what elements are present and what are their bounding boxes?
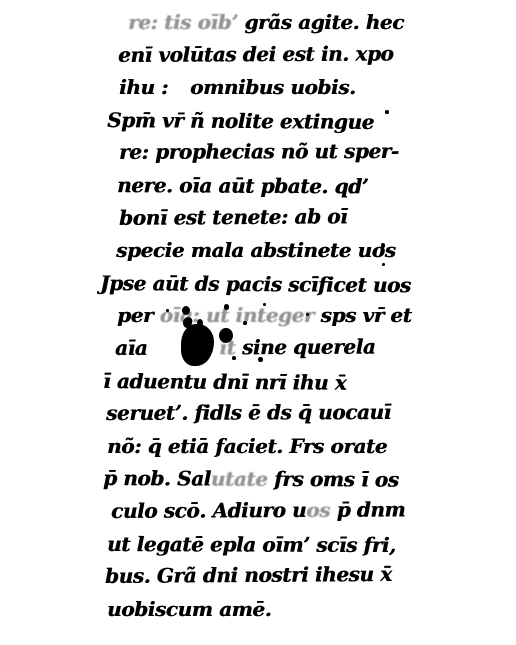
- manuscript-page: re: tis oībʼ grãs agite. hecenī volūtas …: [0, 0, 516, 645]
- text-segment: nõ: q̄ etiā faciet. Frs orate: [107, 434, 387, 458]
- text-segment: culo scō. Adiuro u: [111, 498, 306, 523]
- text-segment: ihu :: [119, 75, 168, 99]
- text-line: culo scō. Adiuro uos p̄ dnm: [100, 493, 430, 527]
- text-segment: Jpse aūt ds pacis scīficet uos: [100, 271, 411, 297]
- ink-speck: [166, 309, 169, 312]
- text-line: Spm̄ vr̄ ñ nolite extingue: [100, 104, 430, 139]
- text-segment: frs oms ī os: [274, 467, 399, 492]
- text-segment: re: tis oībʼ: [128, 10, 244, 34]
- text-segment: os: [306, 498, 337, 522]
- text-segment: specie mala abstinete uos: [116, 238, 395, 262]
- text-line: ut legatē epla oīmʼ scīs fri,: [100, 528, 430, 562]
- text-line: re: prophecias nõ ut sper-: [100, 135, 430, 169]
- ink-speck: [383, 152, 386, 156]
- text-segment: ī aduentu dnī nrī ihu x̄: [103, 369, 346, 395]
- manuscript-text-block: re: tis oībʼ grãs agite. hecenī volūtas …: [100, 6, 430, 625]
- ink-speck: [385, 110, 389, 114]
- text-segment: sps vr̄ et: [321, 303, 412, 327]
- text-segment: re: prophecias nõ ut sper-: [119, 139, 399, 164]
- ink-speck: [263, 303, 266, 306]
- text-line: uobiscum amē.: [100, 593, 430, 626]
- ink-speck: [243, 321, 247, 325]
- text-segment: aīa: [115, 336, 147, 360]
- text-segment: sine querela: [242, 334, 375, 359]
- ink-speck: [306, 313, 309, 316]
- text-segment: p̄ dnm: [336, 497, 405, 521]
- ink-speck: [258, 357, 263, 362]
- text-segment: per: [117, 303, 153, 327]
- ink-speck: [232, 356, 236, 360]
- text-line: specie mala abstinete uos: [100, 234, 430, 267]
- ink-speck: [224, 304, 229, 310]
- ink-dot: [182, 306, 190, 315]
- text-line: bonī est tenete: ab oī: [100, 199, 430, 234]
- text-segment: p̄ nob. Sal: [103, 466, 211, 491]
- text-segment: Spm̄ vr̄ ñ nolite extingue: [107, 108, 374, 134]
- text-line: Jpse aūt ds pacis scīficet uos: [100, 267, 430, 302]
- text-segment: nere. oīa aūt pbate. qdʼ: [117, 173, 368, 198]
- text-line: re: tis oībʼ grãs agite. hec: [100, 6, 430, 39]
- ink-speck: [381, 243, 385, 248]
- text-segment: omnibus uobis.: [190, 75, 355, 99]
- text-line: enī volūtas dei est in. xpo: [100, 37, 430, 71]
- text-segment: bonī est tenete: ab oī: [119, 204, 347, 230]
- ink-dot: [219, 328, 233, 343]
- text-line: seruetʼ. fidls ē ds q̄ uocauī: [100, 396, 430, 430]
- text-line: aīait sine querela: [100, 330, 430, 364]
- text-segment: utate: [211, 467, 274, 491]
- ink-speck: [382, 263, 385, 266]
- text-segment: seruetʼ. fidls ē ds q̄ uocauī: [106, 400, 391, 425]
- text-segment: ut legatē epla oīmʼ scīs fri,: [107, 532, 396, 557]
- text-segment: bus. Grã dni nostri ihesu x̄: [105, 562, 392, 588]
- text-line: ī aduentu dnī nrī ihu x̄: [100, 365, 430, 400]
- text-segment: grãs agite. hec: [244, 10, 404, 34]
- text-line: bus. Grã dni nostri ihesu x̄: [100, 558, 430, 593]
- text-segment: oīa: ut integer: [153, 303, 320, 327]
- text-line: nere. oīa aūt pbate. qdʼ: [100, 169, 430, 203]
- text-segment: enī volūtas dei est in. xpo: [118, 41, 393, 66]
- text-line: p̄ nob. Salutate frs oms ī os: [100, 462, 430, 496]
- text-segment: uobiscum amē.: [107, 597, 271, 621]
- text-line: nõ: q̄ etiā faciet. Frs orate: [100, 430, 430, 463]
- text-line: ihu :omnibus uobis.: [100, 71, 430, 104]
